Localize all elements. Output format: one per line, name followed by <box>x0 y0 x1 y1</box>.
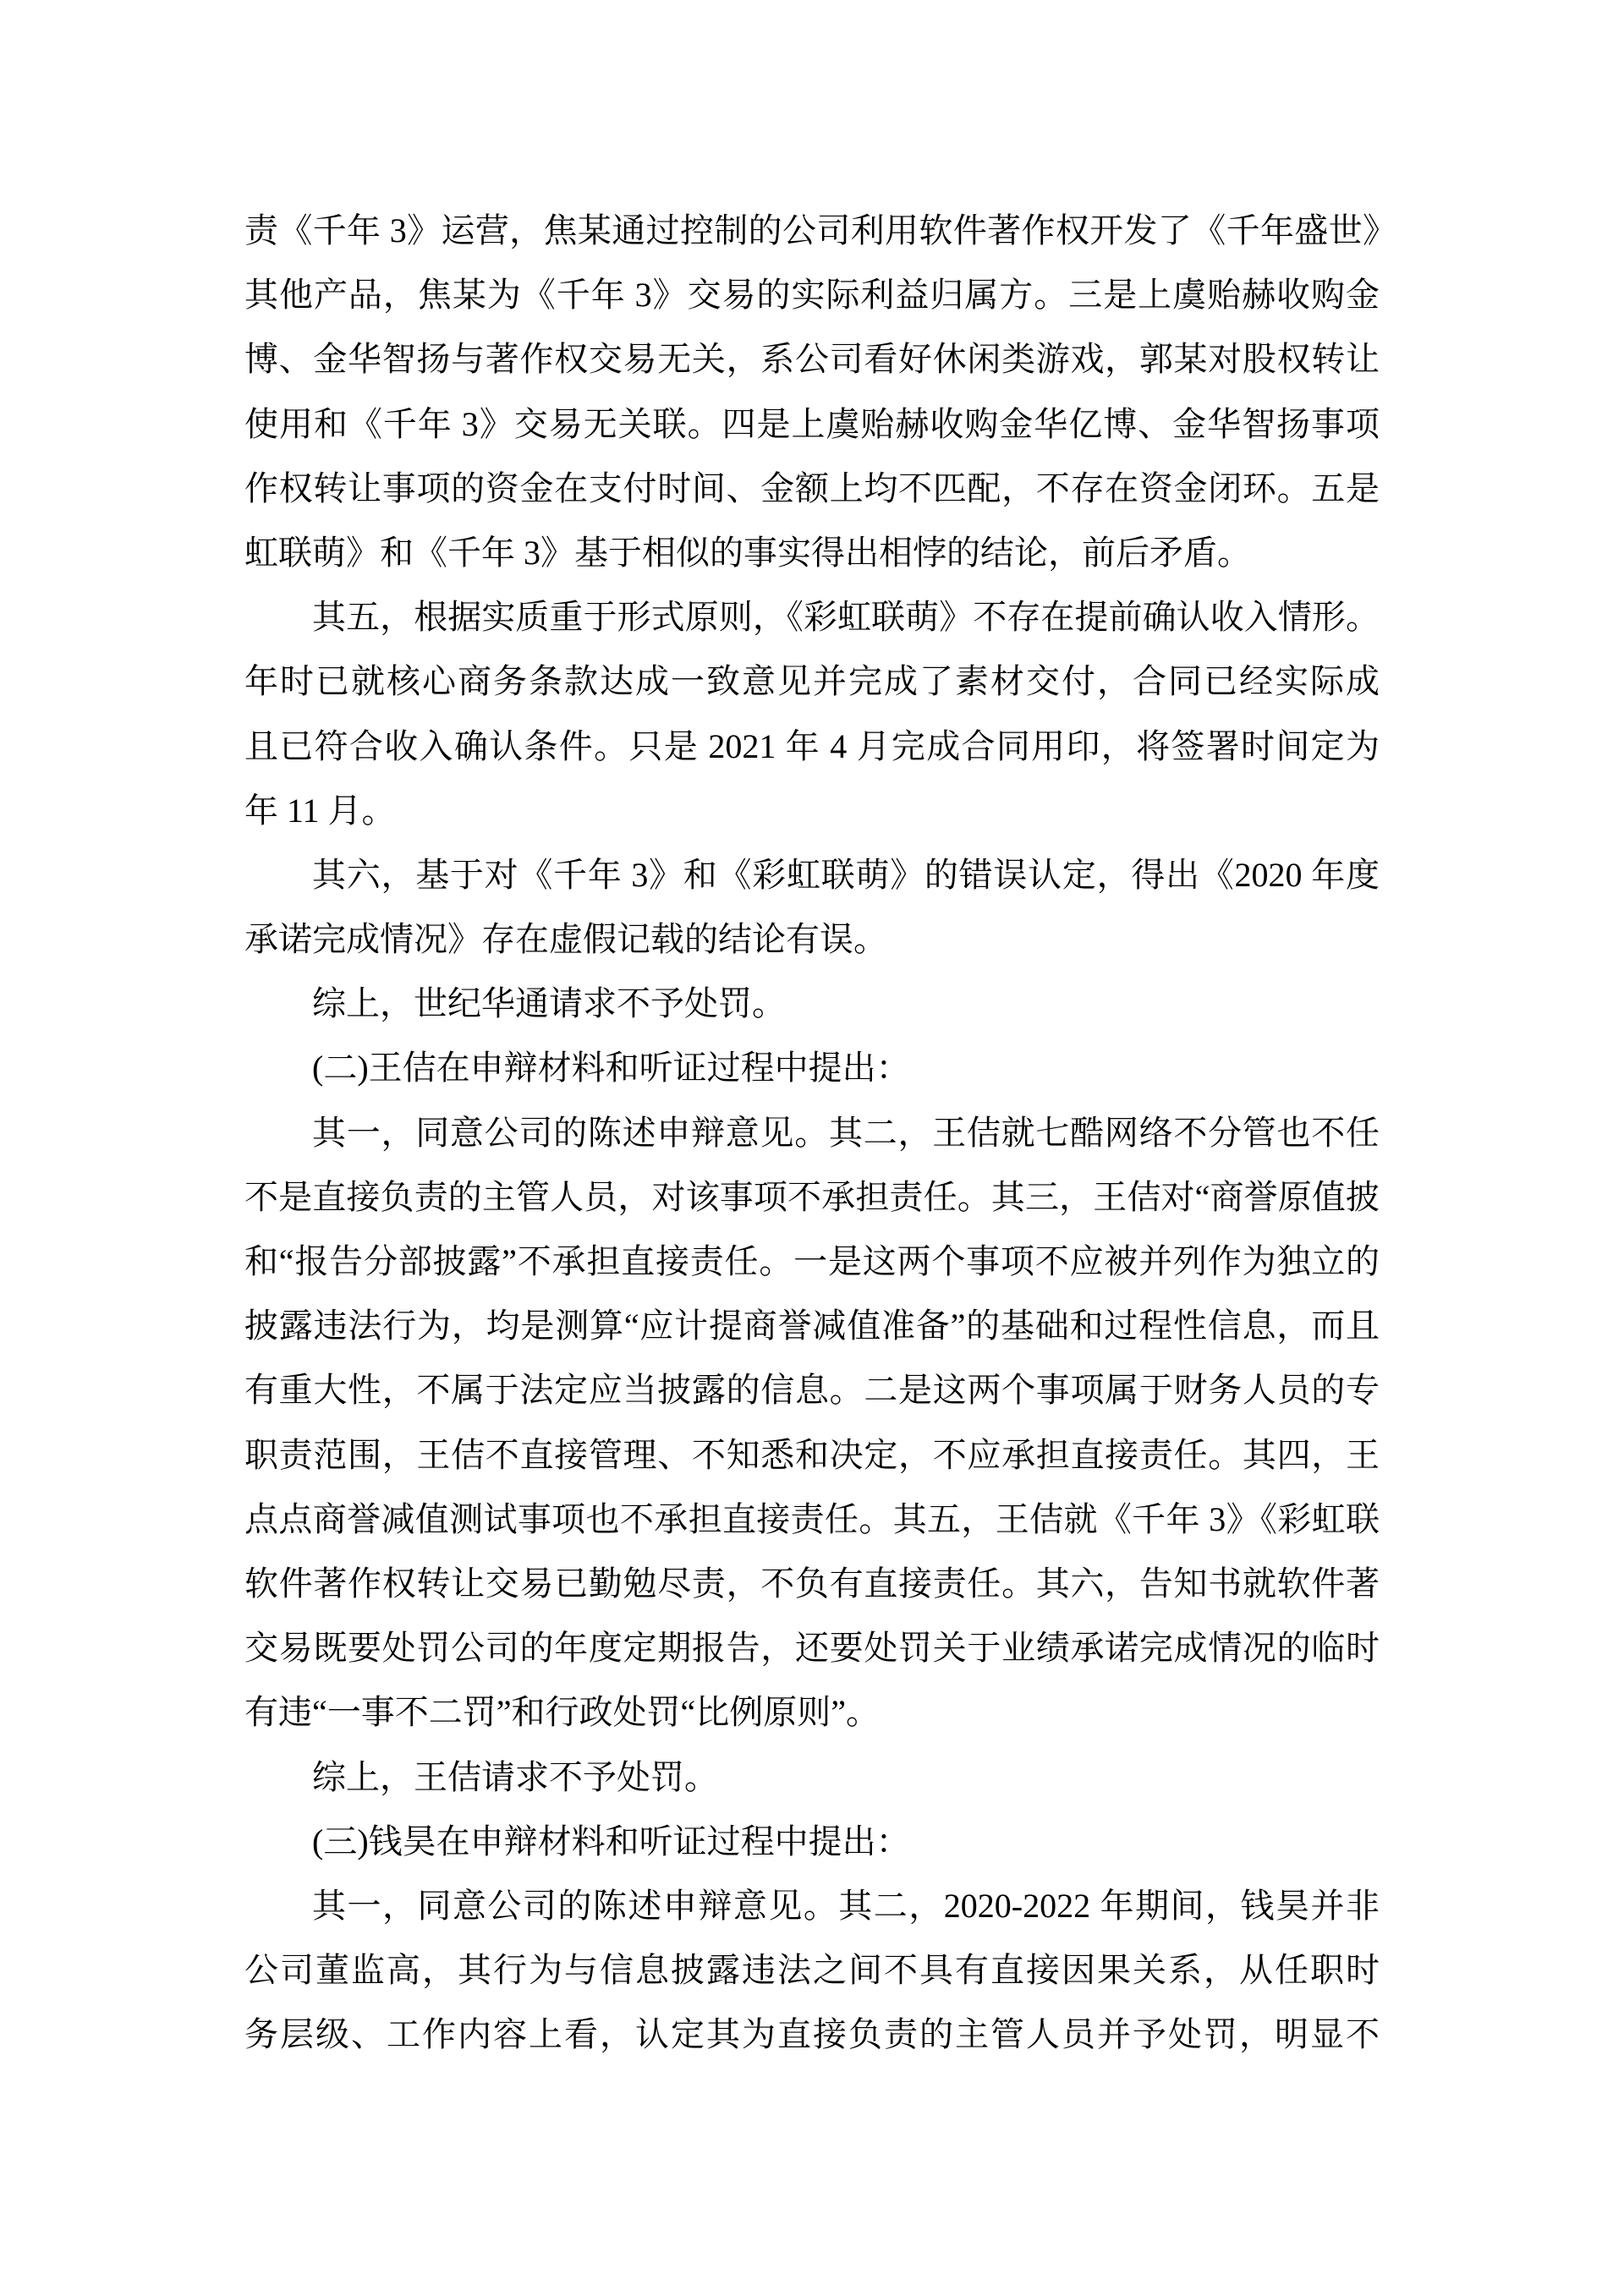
text-line: 点点商誉减值测试事项也不承担直接责任。其五，王佶就《千年 3》《彩虹联萌》 <box>244 1488 1380 1552</box>
document-text-block: 责《千年 3》运营，焦某通过控制的公司利用软件著作权开发了《千年盛世》等 其他产… <box>244 199 1380 2067</box>
text-line: (二)王佶在申辩材料和听证过程中提出： <box>244 1036 1380 1100</box>
text-line: 交易既要处罚公司的年度定期报告，还要处罚关于业绩承诺完成情况的临时报告， <box>244 1616 1380 1680</box>
text-line: 虹联萌》和《千年 3》基于相似的事实得出相悖的结论，前后矛盾。 <box>244 521 1380 585</box>
text-line: 且已符合收入确认条件。只是 2021 年 4 月完成合同用印，将签署时间定为 2… <box>244 715 1380 779</box>
text-line: (三)钱昊在申辩材料和听证过程中提出： <box>244 1810 1380 1874</box>
document-page: 责《千年 3》运营，焦某通过控制的公司利用软件著作权开发了《千年盛世》等 其他产… <box>0 0 1624 2296</box>
text-line: 承诺完成情况》存在虚假记载的结论有误。 <box>244 907 1380 972</box>
text-line: 综上，世纪华通请求不予处罚。 <box>244 972 1380 1036</box>
text-line: 公司董监高，其行为与信息披露违法之间不具有直接因果关系，从任职时间、职 <box>244 1938 1380 2003</box>
text-line: 和“报告分部披露”不承担直接责任。一是这两个事项不应被并列作为独立的信息 <box>244 1230 1380 1294</box>
text-line: 年 11 月。 <box>244 779 1380 843</box>
text-line: 其一，同意公司的陈述申辩意见。其二，王佶就七酷网络不分管也不任职， <box>244 1101 1380 1165</box>
text-line: 年时已就核心商务条款达成一致意见并完成了素材交付，合同已经实际成立，并 <box>244 649 1380 714</box>
text-line: 综上，王佶请求不予处罚。 <box>244 1745 1380 1810</box>
text-line: 责《千年 3》运营，焦某通过控制的公司利用软件著作权开发了《千年盛世》等 <box>244 199 1380 263</box>
text-line: 博、金华智扬与著作权交易无关，系公司看好休闲类游戏，郭某对股权转让款的 <box>244 327 1380 392</box>
text-line: 不是直接负责的主管人员，对该事项不承担责任。其三，王佶对“商誉原值披露” <box>244 1165 1380 1230</box>
text-line: 务层级、工作内容上看，认定其为直接负责的主管人员并予处罚，明显不当。其 <box>244 2003 1380 2067</box>
text-line: 其他产品，焦某为《千年 3》交易的实际利益归属方。三是上虞贻赫收购金华亿 <box>244 263 1380 327</box>
text-line: 有重大性，不属于法定应当披露的信息。二是这两个事项属于财务人员的专业和 <box>244 1358 1380 1422</box>
text-line: 作权转让事项的资金在支付时间、金额上均不匹配，不存在资金闭环。五是对《彩 <box>244 457 1380 521</box>
text-line: 披露违法行为，均是测算“应计提商誉减值准备”的基础和过程性信息，而且不具 <box>244 1294 1380 1358</box>
text-line: 有违“一事不二罚”和行政处罚“比例原则”。 <box>244 1680 1380 1745</box>
text-line: 其一，同意公司的陈述申辩意见。其二，2020-2022 年期间，钱昊并非上市 <box>244 1874 1380 1938</box>
text-line: 其六，基于对《千年 3》和《彩虹联萌》的错误认定，得出《2020 年度业绩 <box>244 843 1380 907</box>
text-line: 职责范围，王佶不直接管理、不知悉和决定，不应承担直接责任。其四，王佶对 <box>244 1423 1380 1488</box>
text-line: 其五，根据实质重于形式原则，《彩虹联萌》不存在提前确认收入情形。2020 <box>244 585 1380 649</box>
text-line: 使用和《千年 3》交易无关联。四是上虞贻赫收购金华亿博、金华智扬事项与著 <box>244 392 1380 457</box>
text-line: 软件著作权转让交易已勤勉尽责，不负有直接责任。其六，告知书就软件著作权 <box>244 1552 1380 1616</box>
